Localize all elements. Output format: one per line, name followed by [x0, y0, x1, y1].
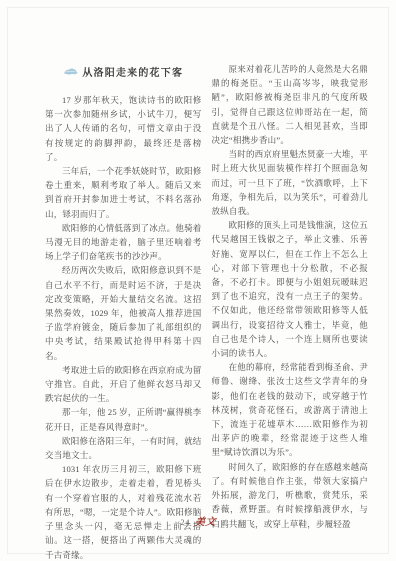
paragraph: 欧阳修的顶头上司是钱惟演，这位五代吴越国王钱俶之子，举止文雅、乐善好施、宽厚以仁…	[212, 218, 369, 360]
paragraph: 17 岁那年秋天，饱读诗书的欧阳修第一次参加随州乡试，小试牛刀，便写出了人人传诵…	[45, 93, 202, 164]
paragraph: 1031 年农历三月初三，欧阳修下班后在伊水边散步，走着走着，看见桥头有一个穿着…	[45, 462, 202, 561]
right-column: 原来对着花儿苦吟的人竟然是大名鼎鼎的梅尧臣。“玉山高岑岑，映我觉形陋”，欧阳修被…	[212, 62, 369, 561]
cloud-ornament-icon	[63, 67, 78, 76]
left-paragraphs: 17 岁那年秋天，饱读诗书的欧阳修第一次参加随州乡试，小试牛刀，便写出了人人传诵…	[45, 93, 202, 561]
paragraph: 在他的幕府，经常能看到梅圣俞、尹师鲁、谢绛、张汝士这些文学青年的身影，他们在老钱…	[212, 360, 369, 459]
article-title-text: 从洛阳走来的花下客	[82, 64, 183, 79]
paragraph: 考取进士后的欧阳修在西京府成为留守推官。自此，开启了他鲜衣怒马却又跌宕起伏的一生…	[45, 363, 202, 406]
paragraph: 当时的西京府里魁杰贤豪一大堆，平时上班大伙见面装模作样打个照面急匆而过，可一旦下…	[212, 147, 369, 218]
magazine-page: 从洛阳走来的花下客 17 岁那年秋天，饱读诗书的欧阳修第一次参加随州乡试，小试牛…	[0, 0, 396, 561]
paragraph: 欧阳修在洛阳三年，一有时间，就结交当地文士。	[45, 434, 202, 462]
page-number: 24	[181, 518, 191, 527]
paragraph: 原来对着花儿苦吟的人竟然是大名鼎鼎的梅尧臣。“玉山高岑岑，映我觉形陋”，欧阳修被…	[212, 62, 369, 147]
paragraph: 经历两次失败后，欧阳修意识到不是自己水平不行，而是时运不济，于是决定改变策略，开…	[45, 263, 202, 362]
page-footer: 24 美文	[0, 513, 396, 528]
paragraph: 三年后，一个花季妖娆时节，欧阳修卷土重来，顺利考取了举人。随后又来到首府开封参加…	[45, 164, 202, 221]
article-body: 从洛阳走来的花下客 17 岁那年秋天，饱读诗书的欧阳修第一次参加随州乡试，小试牛…	[45, 62, 368, 561]
paragraph: 那一年，他 25 岁，正所谓“赢得桃李花开日，正是春风得意时”。	[45, 405, 202, 433]
paragraph: 欧阳修的心情低落到了冰点。他骑着马漫无目的地游走着，脑子里还响着考场上学子们奋笔…	[45, 221, 202, 264]
article-title: 从洛阳走来的花下客	[45, 64, 202, 79]
right-paragraphs: 原来对着花儿苦吟的人竟然是大名鼎鼎的梅尧臣。“玉山高岑岑，映我觉形陋”，欧阳修被…	[212, 62, 369, 531]
magazine-logo: 美文	[194, 513, 217, 528]
left-column: 从洛阳走来的花下客 17 岁那年秋天，饱读诗书的欧阳修第一次参加随州乡试，小试牛…	[45, 62, 202, 561]
